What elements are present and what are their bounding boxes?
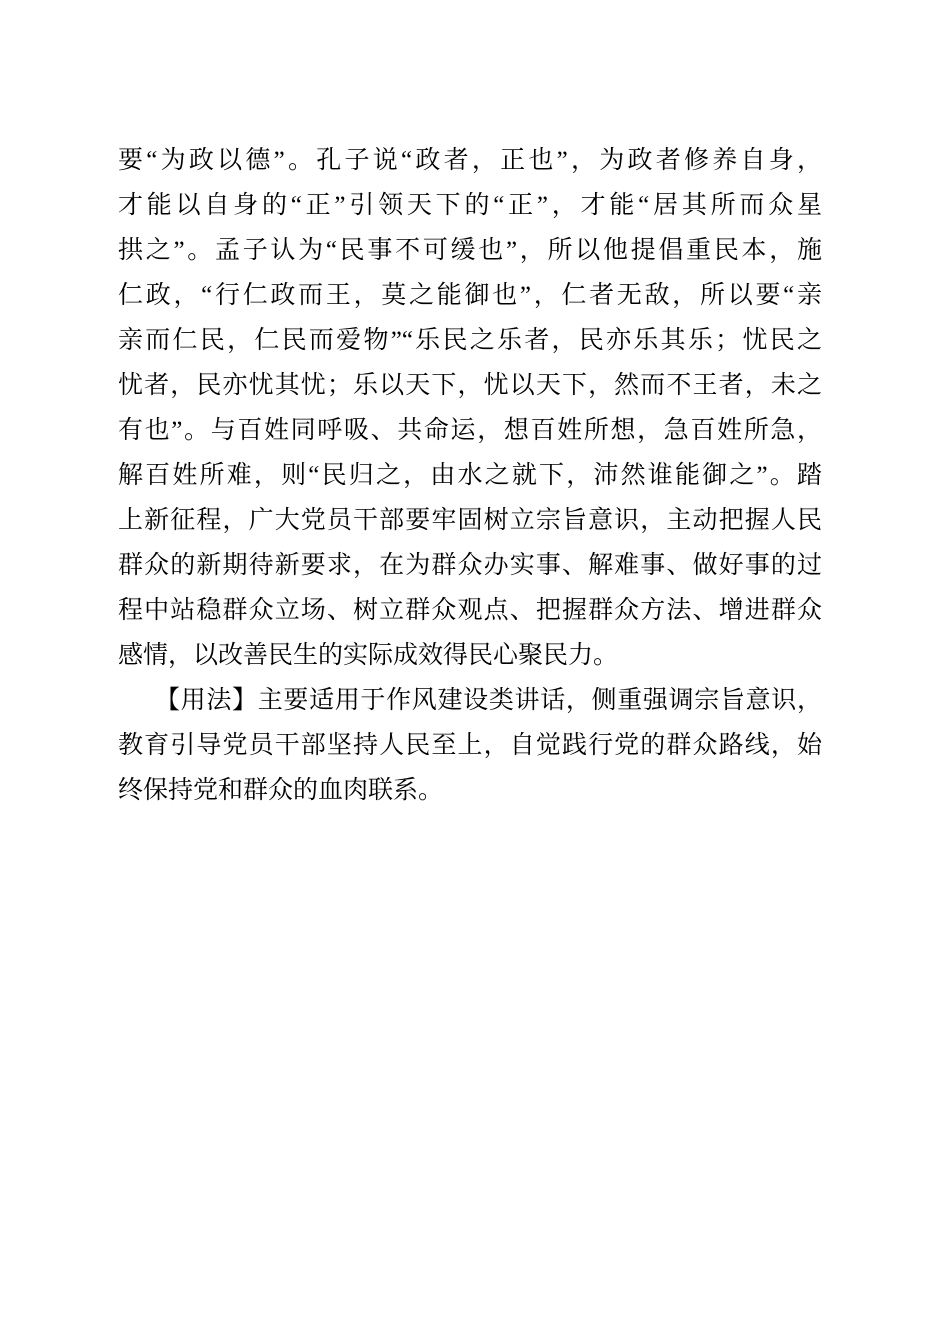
text-line: 感情，以改善民生的实际成效得民心聚民力。 (118, 633, 822, 678)
text-line: 终保持党和群众的血肉联系。 (118, 768, 822, 813)
document-body: 要“为政以德”。孔子说“政者，正也”，为政者修养自身，才能以自身的“正”引领天下… (118, 138, 822, 813)
text-line: 忧者，民亦忧其忧；乐以天下，忧以天下，然而不王者，未之 (118, 363, 822, 408)
text-line: 上新征程，广大党员干部要牢固树立宗旨意识，主动把握人民 (118, 498, 822, 543)
text-line: 教育引导党员干部坚持人民至上，自觉践行党的群众路线，始 (118, 723, 822, 768)
usage-paragraph: 【用法】主要适用于作风建设类讲话，侧重强调宗旨意识，教育引导党员干部坚持人民至上… (118, 678, 822, 813)
text-line: 才能以自身的“正”引领天下的“正”，才能“居其所而众星 (118, 183, 822, 228)
text-line: 拱之”。孟子认为“民事不可缓也”，所以他提倡重民本，施 (118, 228, 822, 273)
body-paragraph: 要“为政以德”。孔子说“政者，正也”，为政者修养自身，才能以自身的“正”引领天下… (118, 138, 822, 678)
text-line: 群众的新期待新要求，在为群众办实事、解难事、做好事的过 (118, 543, 822, 588)
text-line: 要“为政以德”。孔子说“政者，正也”，为政者修养自身， (118, 138, 822, 183)
text-line: 有也”。与百姓同呼吸、共命运，想百姓所想，急百姓所急， (118, 408, 822, 453)
text-line: 【用法】主要适用于作风建设类讲话，侧重强调宗旨意识， (118, 678, 822, 723)
text-line: 程中站稳群众立场、树立群众观点、把握群众方法、增进群众 (118, 588, 822, 633)
text-line: 解百姓所难，则“民归之，由水之就下，沛然谁能御之”。踏 (118, 453, 822, 498)
text-line: 仁政，“行仁政而王，莫之能御也”，仁者无敌，所以要“亲 (118, 273, 822, 318)
text-line: 亲而仁民，仁民而爱物”“乐民之乐者，民亦乐其乐；忧民之 (118, 318, 822, 363)
document-page: 要“为政以德”。孔子说“政者，正也”，为政者修养自身，才能以自身的“正”引领天下… (0, 0, 950, 1344)
